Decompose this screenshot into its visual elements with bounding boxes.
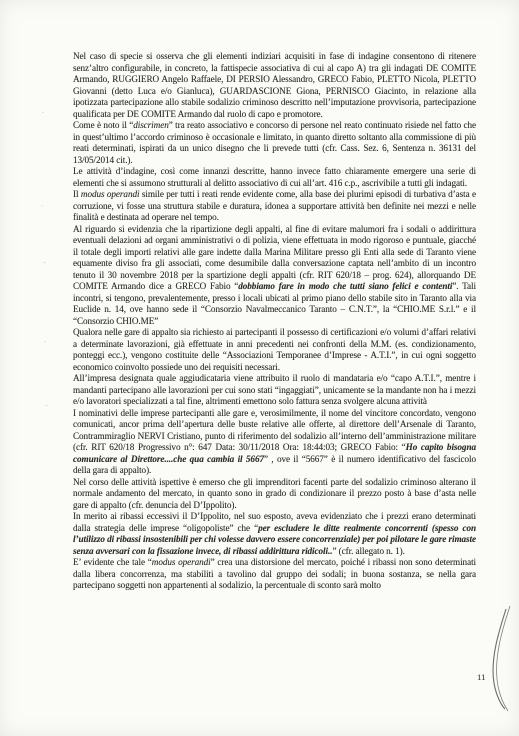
paragraph: Qualora nelle gare di appalto sia richie… <box>73 327 476 373</box>
scan-speck <box>43 262 46 263</box>
paragraph: Come è noto il “discrimen” tra reato ass… <box>73 120 476 166</box>
page-number: 11 <box>477 672 485 682</box>
scanned-page: Nel caso di specie si osserva che gli el… <box>0 0 519 736</box>
scan-speck <box>41 205 43 206</box>
text-segment: modus operandi <box>81 189 140 199</box>
text-segment: Nel corso delle attività ispettive è eme… <box>73 477 476 510</box>
paragraph: In merito ai ribassi eccessivi il D’Ippo… <box>73 511 476 557</box>
paragraph: Al riguardo si evidenzia che la ripartiz… <box>73 224 476 328</box>
text-segment: Come è noto il “ <box>73 120 133 130</box>
scan-speck <box>45 405 48 406</box>
text-segment: Il <box>73 189 81 199</box>
paragraph: Nel corso delle attività ispettive è eme… <box>73 477 476 512</box>
paragraph: All’impresa designata quale aggiudicatar… <box>73 373 476 408</box>
document-body: Nel caso di specie si osserva che gli el… <box>73 51 476 592</box>
paragraph: Le attività d’indagine, così come innanz… <box>73 166 476 189</box>
paragraph: Il modus operandi simile per tutti i rea… <box>73 189 476 224</box>
scan-speck <box>44 341 46 342</box>
text-segment: E’ evidente che tale “ <box>73 557 152 567</box>
text-segment: discrimen <box>133 120 169 130</box>
paragraph: E’ evidente che tale “modus operandi” cr… <box>73 557 476 592</box>
text-segment: All’impresa designata quale aggiudicatar… <box>73 373 476 406</box>
paragraph: Nel caso di specie si osserva che gli el… <box>73 51 476 120</box>
text-segment: Le attività d’indagine, così come innanz… <box>73 166 476 188</box>
pen-mark <box>487 605 515 713</box>
text-segment: ” (cfr. allegato n. 1). <box>332 546 404 556</box>
text-segment: Qualora nelle gare di appalto sia richie… <box>73 327 476 372</box>
text-segment: Nel caso di specie si osserva che gli el… <box>73 51 476 119</box>
text-segment: modus operandi <box>152 557 211 567</box>
scan-speck <box>42 112 44 113</box>
paragraph: I nominativi delle imprese partecipanti … <box>73 408 476 477</box>
text-segment: dobbiamo fare in modo che tutti siano fe… <box>238 281 452 291</box>
